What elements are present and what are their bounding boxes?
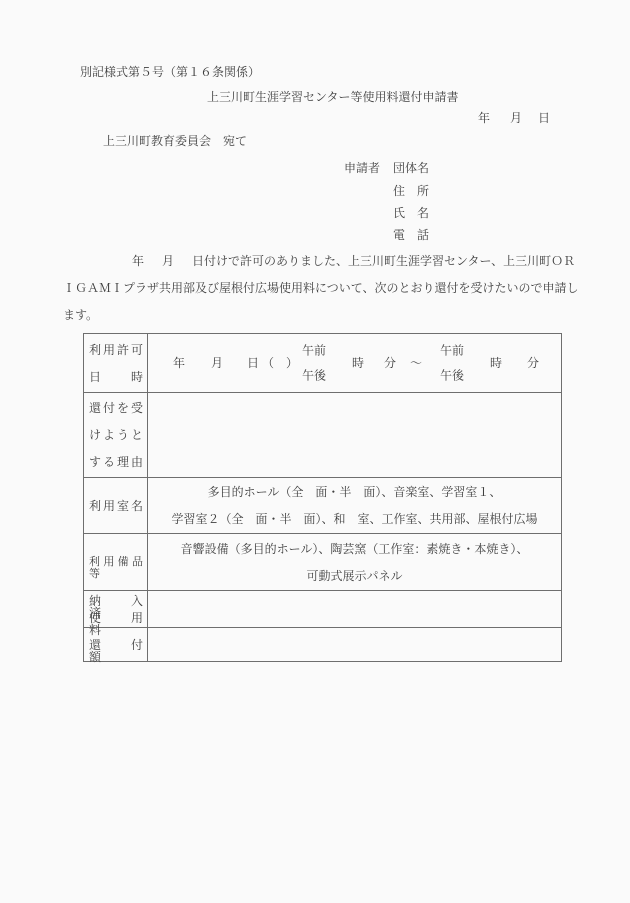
addressee: 上三川町教育委員会 宛て bbox=[103, 135, 247, 147]
permit-datetime-label-cell: 利用許可 日 時 bbox=[84, 334, 148, 392]
refund-detail-table: 利用許可 日 時 年 月 日 （ ） 午前 午後 時 分 ～ 午前 午後 時 bbox=[83, 333, 562, 662]
date-day-label: 日 bbox=[538, 111, 550, 125]
permit-label-line-1: 利用許可 bbox=[89, 344, 143, 356]
table-row-refund-amount: 還 付 額 bbox=[84, 627, 561, 661]
table-row-room-names: 利用室名 多目的ホール（全 面・半 面）、音楽室、学習室１、 学習室２（全 面・… bbox=[84, 477, 561, 533]
permit-label-line-2: 日 時 bbox=[89, 371, 143, 383]
paid-fee-label-line-2: 使 用 料 bbox=[89, 612, 143, 624]
permit-range-tilde: ～ bbox=[410, 357, 422, 369]
paid-fee-value-cell bbox=[148, 591, 561, 627]
refund-reason-label-cell: 還付を受 けようと する理由 bbox=[84, 393, 148, 477]
applicant-org-label: 団体名 bbox=[393, 162, 429, 174]
table-row-equipment: 利用備品等 音響設備（多目的ホール）、陶芸窯（工作室：素焼き・本焼き）、 可動式… bbox=[84, 533, 561, 590]
permit-year-label: 年 bbox=[173, 357, 185, 369]
body-line-1-text: 日付けで許可のありました、上三川町生涯学習センター、上三川町ＯＲ bbox=[192, 254, 575, 268]
date-line: 年月日 bbox=[478, 112, 550, 124]
permit-am-start: 午前 bbox=[302, 345, 326, 357]
paid-fee-label-line-1: 納 入 済 bbox=[89, 595, 143, 607]
paid-fee-label-cell: 納 入 済 使 用 料 bbox=[84, 591, 148, 627]
equipment-label: 利用備品等 bbox=[89, 556, 143, 568]
refund-application-form-page: 別記様式第５号（第１６条関係） 上三川町生涯学習センター等使用料還付申請書 年月… bbox=[0, 0, 630, 903]
equipment-lines: 音響設備（多目的ホール）、陶芸窯（工作室：素焼き・本焼き）、 可動式展示パネル bbox=[148, 534, 561, 590]
permit-minute-start-label: 分 bbox=[384, 357, 396, 369]
equipment-label-cell: 利用備品等 bbox=[84, 534, 148, 590]
body-line-3: ます。 bbox=[63, 302, 573, 329]
body-line-2: ＩＧＡＭＩプラザ共用部及び屋根付広場使用料について、次のとおり還付を受けたいので… bbox=[63, 275, 573, 302]
table-row-refund-reason: 還付を受 けようと する理由 bbox=[84, 392, 561, 477]
room-names-label-cell: 利用室名 bbox=[84, 478, 148, 533]
body-line-1: 年月日付けで許可のありました、上三川町生涯学習センター、上三川町ＯＲ bbox=[63, 248, 573, 275]
permit-ampm-start: 午前 午後 bbox=[302, 345, 326, 382]
applicant-phone-label: 電 話 bbox=[393, 229, 429, 241]
reason-label-line-3: する理由 bbox=[89, 456, 143, 468]
permit-minute-end-label: 分 bbox=[527, 357, 539, 369]
refund-reason-value-cell bbox=[148, 393, 561, 477]
room-names-lines: 多目的ホール（全 面・半 面）、音楽室、学習室１、 学習室２（全 面・半 面）、… bbox=[148, 478, 561, 533]
form-title: 上三川町生涯学習センター等使用料還付申請書 bbox=[207, 91, 459, 103]
applicant-label: 申請者 bbox=[344, 162, 380, 174]
room-names-value-cell: 多目的ホール（全 面・半 面）、音楽室、学習室１、 学習室２（全 面・半 面）、… bbox=[148, 478, 561, 533]
permit-day-label: 日 bbox=[247, 357, 259, 369]
permit-am-end: 午前 bbox=[440, 345, 464, 357]
permit-month-label: 月 bbox=[211, 357, 223, 369]
reason-label-line-2: けようと bbox=[89, 429, 143, 441]
table-row-permit-datetime: 利用許可 日 時 年 月 日 （ ） 午前 午後 時 分 ～ 午前 午後 時 bbox=[84, 334, 561, 392]
room-names-line-2: 学習室２（全 面・半 面）、和 室、工作室、共用部、屋根付広場 bbox=[148, 513, 561, 525]
body-year-blank: 年 bbox=[132, 254, 144, 268]
form-number: 別記様式第５号（第１６条関係） bbox=[80, 66, 260, 78]
room-names-line-1: 多目的ホール（全 面・半 面）、音楽室、学習室１、 bbox=[148, 486, 561, 498]
refund-amount-label: 還 付 額 bbox=[89, 639, 143, 651]
permit-pm-end: 午後 bbox=[440, 370, 464, 382]
equipment-value-cell: 音響設備（多目的ホール）、陶芸窯（工作室：素焼き・本焼き）、 可動式展示パネル bbox=[148, 534, 561, 590]
room-names-label: 利用室名 bbox=[89, 500, 143, 512]
permit-hour-start-label: 時 bbox=[352, 357, 364, 369]
applicant-name-label: 氏 名 bbox=[393, 207, 429, 219]
reason-label-line-1: 還付を受 bbox=[89, 402, 143, 414]
permit-ampm-end: 午前 午後 bbox=[440, 345, 464, 382]
applicant-address-label: 住 所 bbox=[393, 185, 429, 197]
permit-hour-end-label: 時 bbox=[490, 357, 502, 369]
table-row-paid-fee: 納 入 済 使 用 料 bbox=[84, 590, 561, 627]
permit-datetime-value-cell: 年 月 日 （ ） 午前 午後 時 分 ～ 午前 午後 時 分 bbox=[148, 334, 561, 392]
permit-pm-start: 午後 bbox=[302, 370, 326, 382]
refund-amount-value-cell bbox=[148, 628, 561, 661]
equipment-line-1: 音響設備（多目的ホール）、陶芸窯（工作室：素焼き・本焼き）、 bbox=[148, 543, 561, 555]
equipment-line-2: 可動式展示パネル bbox=[148, 570, 561, 582]
date-month-label: 月 bbox=[510, 111, 522, 125]
permit-weekday-paren: （ ） bbox=[262, 357, 298, 369]
refund-amount-label-cell: 還 付 額 bbox=[84, 628, 148, 661]
body-month-blank: 月 bbox=[162, 254, 174, 268]
date-year-label: 年 bbox=[478, 111, 490, 125]
body-paragraph: 年月日付けで許可のありました、上三川町生涯学習センター、上三川町ＯＲ ＩＧＡＭＩ… bbox=[63, 248, 573, 329]
